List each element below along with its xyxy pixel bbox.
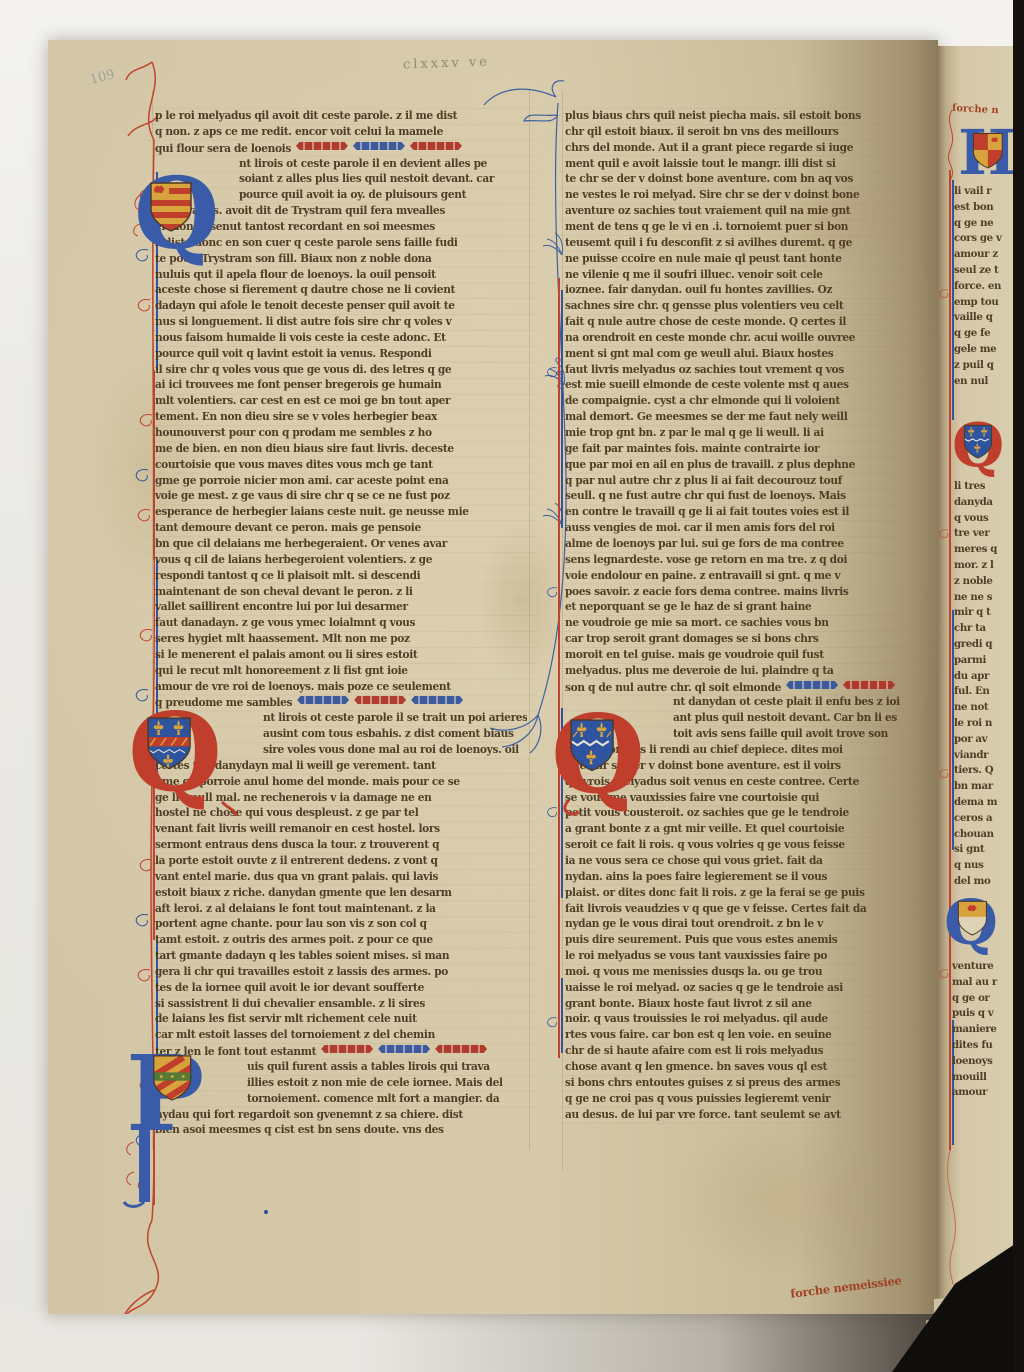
text-line: tart gmante dadayn q les tables soient m… <box>155 950 527 966</box>
text-line: sens legnardeste. vose ge retorn en ma t… <box>565 553 937 569</box>
text-line: z noble <box>954 574 1014 590</box>
line-filler-ornament <box>353 141 405 149</box>
initial-Q-red-fleur-shield-col2: Q <box>549 700 661 822</box>
text-line: force. en <box>954 279 1014 295</box>
text-line: ne not <box>954 701 1014 717</box>
text-line: por av <box>954 732 1014 748</box>
text-line: faut danadayn. z ge vous ymec loialmnt q… <box>155 617 527 633</box>
line-filler-ornament <box>296 141 348 149</box>
text-line: q ge ne <box>954 216 1014 232</box>
text-line: nydan. ains la poes faire legierement se… <box>565 870 937 886</box>
text-line: mal demort. Ge meesmes se der me faut ne… <box>565 411 937 427</box>
text-line: ne puisse ccoire en nule maie ql peust t… <box>565 252 937 268</box>
text-line: meres q <box>954 543 1014 559</box>
text-line: ment de tens q ge le vi en .i. tornoiemt… <box>565 221 937 237</box>
line-filler-ornament <box>354 696 406 704</box>
text-line: puis q v <box>952 1007 1014 1023</box>
text-line: plus biaus chrs quil neist piecha mais. … <box>565 110 937 126</box>
text-line: chr de si haute afaire com est li rois m… <box>565 1045 937 1061</box>
text-line: q vous <box>954 511 1014 527</box>
text-line: esperance de herbegier laians ceste nuit… <box>155 506 527 522</box>
text-line: q nus <box>954 859 1014 875</box>
text-line: bn mar <box>954 780 1014 796</box>
text-line: dadayn qui afole le tenoit deceste pense… <box>155 300 527 316</box>
text-line: dites fu <box>952 1039 1014 1055</box>
text-line: amour <box>952 1086 1014 1102</box>
text-line: qui flour sera de loenois <box>155 141 527 157</box>
text-line: chose avant q len gmence. bn saves vous … <box>565 1061 937 1077</box>
text-line: chrs del monde. Aut il a grant piece reg… <box>565 141 937 157</box>
text-line: hounouverst pour con q prodam me sembles… <box>155 427 527 443</box>
sliver-initial-Q-lion-shield: Q <box>942 890 1008 960</box>
text-line: puis dire seurement. Puis que vous estes… <box>565 934 937 950</box>
text-line: gredi q <box>954 638 1014 654</box>
text-line: sachnes sire chr. q gensse plus volentie… <box>565 300 937 316</box>
text-line: nous faisom humaide li vois ceste ia ces… <box>155 332 527 348</box>
text-line: est bon <box>954 200 1014 216</box>
text-line: nt danydan ot ceste plait il enfu bes z … <box>673 696 937 712</box>
text-line: de compaignie. cyst a chr elmonde qui li… <box>565 395 937 411</box>
text-line: le roi melyadus se vous tant vauxissies … <box>565 950 937 966</box>
text-line: gme ge porroie nicier mon ami. car acest… <box>155 474 527 490</box>
catchword: forche nemeissiee <box>790 1273 903 1301</box>
text-line: si sassistrent li dui chevalier ensamble… <box>155 997 527 1013</box>
initial-P-blue-bendy-shield: P <box>122 1042 222 1222</box>
line-filler-ornament <box>378 1045 430 1053</box>
text-line: nydan ge le vous dirai tout orendroit. z… <box>565 918 937 934</box>
text-line: rtes vous faire. car bon est q len voie.… <box>565 1029 937 1045</box>
text-line: emp tou <box>954 295 1014 311</box>
text-line: viandr <box>954 748 1014 764</box>
text-line: ful. En <box>954 685 1014 701</box>
text-line: il sire chr q voles vous que ge vous di.… <box>155 363 527 379</box>
text-line: mir q t <box>954 606 1014 622</box>
text-line: amour z <box>954 248 1014 264</box>
text-line: venant fait livris weill remanoir en ces… <box>155 823 527 839</box>
text-line: seul ze t <box>954 264 1014 280</box>
ink-dot <box>264 1210 268 1214</box>
text-line: que par moi en ail en plus de travaill. … <box>565 458 937 474</box>
text-line: soiant z alles plus lies quil nestoit de… <box>239 173 527 189</box>
manuscript-page: clxxxv ve 109 forche nemeissiee <box>48 40 938 1314</box>
text-line: bn que cil delaians me herbegeraient. Or… <box>155 538 527 554</box>
text-line: est mie sueill elmonde de ceste volente … <box>565 379 937 395</box>
text-line: a grant bonte z a gnt mir veille. Et que… <box>565 823 937 839</box>
text-line: parmi <box>954 653 1014 669</box>
text-line: ioznee. fair danydan. ouil fu hontes zav… <box>565 284 937 300</box>
text-line: venture <box>952 960 1014 976</box>
text-line: te chr se der v doinst bone aventure. co… <box>565 173 937 189</box>
text-line: seroit ce fait li rois. q vous volries q… <box>565 839 937 855</box>
photo-edge-black <box>1013 0 1024 1372</box>
initial-Q-blue-barry-shield: Q <box>132 164 228 268</box>
text-line: ment quil e avoit laissie tout le mangr.… <box>565 157 937 173</box>
text-line: tement. En non dieu sire se v voles herb… <box>155 411 527 427</box>
text-line: del mo <box>954 875 1014 891</box>
text-line: cors ge v <box>954 232 1014 248</box>
line-filler-ornament <box>410 141 462 149</box>
line-filler-ornament <box>843 680 895 688</box>
text-line: gera li chr qui travailles estoit z lass… <box>155 966 527 982</box>
text-line: amour de vre roi de loenoys. mais poze c… <box>155 680 527 696</box>
text-line: ne ne s <box>954 590 1014 606</box>
manuscript-photo: { "page": { "heading_annotation": "clxxx… <box>0 0 1024 1372</box>
text-line: nus si longuement. li dist autre fois si… <box>155 316 527 332</box>
text-line: voie ge mest. z ge vaus di sire chr q se… <box>155 490 527 506</box>
text-line: nt lirois ot ceste parole il se trait un… <box>263 712 527 728</box>
sliver-initial-Q-fleur-shield: Q <box>950 414 1014 482</box>
text-line: q ge ne croi pas q vous puissies legiere… <box>565 1092 937 1108</box>
text-line: plaist. or dites donc fait li rois. z ge… <box>565 886 937 902</box>
text-line: mlt volentiers. car cest en est ce moi g… <box>155 395 527 411</box>
text-line: li vail r <box>954 185 1014 201</box>
text-line: vous q cil de laians herbegeroient volen… <box>155 553 527 569</box>
text-line: fait livrois veaudzies v q que ge v feis… <box>565 902 937 918</box>
text-line: q par nul autre chr z plus li ai fait de… <box>565 474 937 490</box>
text-line: ment si gnt mal com ge weull alui. Biaux… <box>565 347 937 363</box>
text-line: teusemt quil i fu desconfit z si avilhes… <box>565 236 937 252</box>
text-line: q non. z aps ce me redit. encor voit cel… <box>155 126 527 142</box>
text-line: mal au r <box>952 975 1014 991</box>
text-line: en contre le travaill q ge li ai fait to… <box>565 506 937 522</box>
text-line: toit avis sens faille quil avoit trove s… <box>673 728 937 744</box>
text-line: sire voles vous done mal au roi de loeno… <box>263 744 527 760</box>
text-line: z puil q <box>954 358 1014 374</box>
text-line: portent agne chante. pour lau son vis z … <box>155 918 527 934</box>
text-line: sermont entraus dens dusca la tour. z tr… <box>155 839 527 855</box>
text-line: auss vengies de moi. car il men amis for… <box>565 522 937 538</box>
text-line: chr qil estoit biaux. il seroit bn vns d… <box>565 126 937 142</box>
text-line: melyadus. plus me deveroie de lui. plain… <box>565 664 937 680</box>
text-line: q ge fe <box>954 327 1014 343</box>
text-line: me de bien. en non dieu biaus sire faut … <box>155 443 527 459</box>
text-line: maintenant de son cheval devant le peron… <box>155 585 527 601</box>
text-line: gele me <box>954 343 1014 359</box>
text-line: ne voudroie ge mie sa mort. ce sachies v… <box>565 617 937 633</box>
text-line: vant entel marie. dus qua vn grant palai… <box>155 870 527 886</box>
text-line: vallet saillirent encontre lui por lui d… <box>155 601 527 617</box>
text-line: au desus. de lui par vre force. tant seu… <box>565 1108 937 1124</box>
text-line: poes savoir. z eacie fors dema contree. … <box>565 585 937 601</box>
text-line: respondi tantost q ce li plaisoit mlt. s… <box>155 569 527 585</box>
initial-Q-red-fleur-shield: Q <box>126 698 238 820</box>
text-line: qui le recut mlt honoreement z li fist g… <box>155 664 527 680</box>
text-line: car trop seroit grant domages se si bons… <box>565 633 937 649</box>
text-line: ne vestes le roi melyad. Sire chr se der… <box>565 189 937 205</box>
text-line: ai ici trouvees me font penser bregerois… <box>155 379 527 395</box>
text-line: ia ne vous sera ce chose qui vous griet.… <box>565 855 937 871</box>
sliver-initial-H-checky-shield: H <box>956 118 1014 190</box>
text-line: la porte estoit ouvte z il entrerent ded… <box>155 855 527 871</box>
text-line: courtoisie que vous maves dites vous mch… <box>155 458 527 474</box>
text-line: estoit biaux z riche. danydan gmente que… <box>155 886 527 902</box>
text-line: aceste chose si fierement q dautre chose… <box>155 284 527 300</box>
line-filler-ornament <box>411 696 463 704</box>
text-line: q ge or <box>952 991 1014 1007</box>
text-line: maniere <box>952 1023 1014 1039</box>
text-line: mor. z l <box>954 559 1014 575</box>
text-line: aft leroi. z al delaians le font tout ma… <box>155 902 527 918</box>
text-line: tiers. Q <box>954 764 1014 780</box>
line-filler-ornament <box>435 1045 487 1053</box>
text-line: danyda <box>954 495 1014 511</box>
text-line: loenoys <box>952 1054 1014 1070</box>
text-line: fait q nule autre chose de ceste monde. … <box>565 316 937 332</box>
text-line: mie trop gnt bn. z par le mal q ge li we… <box>565 427 937 443</box>
parchment-stain <box>668 1120 888 1280</box>
text-line: ant plus quil nestoit devant. Car bn li … <box>673 712 937 728</box>
text-line: pource quil voit q lavint estoit ia venu… <box>155 347 527 363</box>
text-line: chr ta <box>954 622 1014 638</box>
text-line: noir. q vaus trouissies le roi melyadus.… <box>565 1013 937 1029</box>
text-line: son q de nul autre chr. ql soit elmonde <box>565 680 937 696</box>
text-line: ausint com tous esbahis. z dist coment b… <box>263 728 527 744</box>
text-line: seull. q ne fust autre chr qui fust de l… <box>565 490 937 506</box>
text-line: moroit en tel guise. mais ge voudroie qu… <box>565 649 937 665</box>
text-line: mouill <box>952 1070 1014 1086</box>
text-line: tes de la iornee quil avoit le ior devan… <box>155 981 527 997</box>
text-line: ge fait par maintes fois. mainte contrai… <box>565 443 937 459</box>
next-page-sliver: forche n H Q <box>938 46 1014 1300</box>
text-line: ceros a <box>954 811 1014 827</box>
text-line: ne vilenie q me il soufri illuec. venoir… <box>565 268 937 284</box>
text-line: si gnt <box>954 843 1014 859</box>
text-line: le roi n <box>954 717 1014 733</box>
text-line: tre ver <box>954 527 1014 543</box>
text-line: na orendroit en ceste monde chr. acui wo… <box>565 332 937 348</box>
text-line: grant bonte. Biaux hoste faut livrot z s… <box>565 997 937 1013</box>
photo-bottom-shadow <box>0 1310 1024 1372</box>
line-filler-ornament <box>297 696 349 704</box>
text-line: aventure oz sachies tout vraiement quil … <box>565 205 937 221</box>
text-line: uis quil furent assis a tables lirois qu… <box>247 1061 527 1077</box>
text-line: p le roi melyadus qil avoit dit ceste pa… <box>155 110 527 126</box>
line-filler-ornament <box>321 1045 373 1053</box>
text-line: du apr <box>954 669 1014 685</box>
text-line: si le menerent el palais amont ou li sir… <box>155 649 527 665</box>
text-line: tamt estoit. z outris des armes poit. z … <box>155 934 527 950</box>
text-line: tant demoure devant ce peron. mais ge pe… <box>155 522 527 538</box>
text-line: voie endolour en paine. z entravaill si … <box>565 569 937 585</box>
parchment-surface: clxxxv ve 109 forche nemeissiee <box>48 40 938 1314</box>
text-line: alme de loenoys par lui. sui ge fors de … <box>565 538 937 554</box>
text-line: nuluis qut il apela flour de loenoys. la… <box>155 268 527 284</box>
text-line: en nul <box>954 374 1014 390</box>
text-line: nt lirois ot ceste parole il en devient … <box>239 157 527 173</box>
text-line: moi. q vous me menissies dusqs la. ou ge… <box>565 966 937 982</box>
text-line: li tres <box>954 480 1014 496</box>
text-line: de laians les fist servir mlt richement … <box>155 1013 527 1029</box>
text-line: seres hygiet mlt haassement. Mlt non me … <box>155 633 527 649</box>
text-line: pource quil avoit ia oy. de pluisours ge… <box>239 189 527 205</box>
text-line: vaille q <box>954 311 1014 327</box>
text-line: faut livris melyadus oz sachies tout vre… <box>565 363 937 379</box>
text-line: tornoiement. comence mlt fort a mangier.… <box>247 1092 527 1108</box>
text-line: chouan <box>954 827 1014 843</box>
text-line: si bons chrs entoutes guises z si preus … <box>565 1077 937 1093</box>
text-line: et neporquant se ge le haz de si grant h… <box>565 601 937 617</box>
text-line: illies estoit z non mie de cele iornee. … <box>247 1077 527 1093</box>
line-filler-ornament <box>786 680 838 688</box>
text-line: uaisse le roi melyad. oz sacies q ge le … <box>565 981 937 997</box>
text-line: dema m <box>954 796 1014 812</box>
